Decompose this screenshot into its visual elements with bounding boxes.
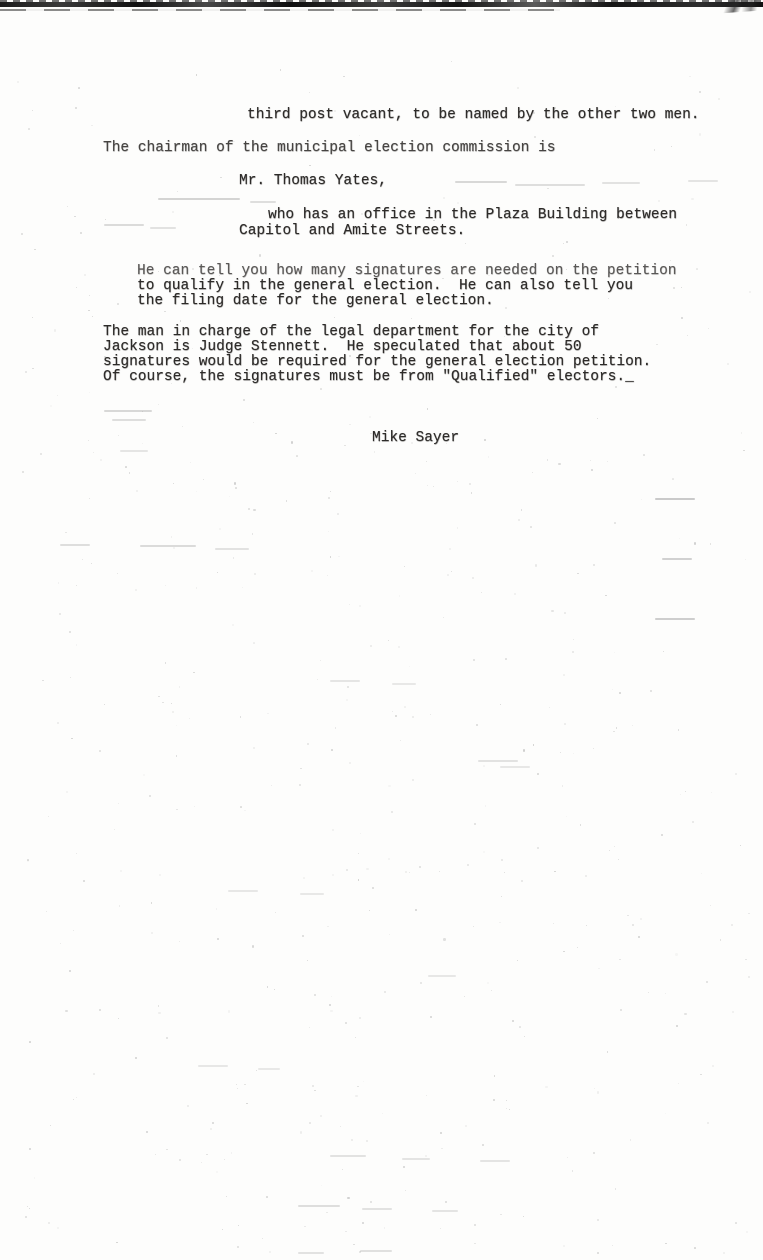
scan-speck xyxy=(551,610,553,612)
scan-speck xyxy=(370,1201,372,1203)
scan-speck xyxy=(164,311,166,313)
scan-speck xyxy=(256,1070,257,1071)
scan-speck xyxy=(193,672,195,674)
scan-speck xyxy=(681,287,682,288)
scan-speck xyxy=(159,874,161,876)
scan-speck xyxy=(201,1162,202,1163)
scan-speck xyxy=(363,1081,364,1082)
scan-speck xyxy=(222,1229,223,1230)
scan-speck xyxy=(509,1109,510,1110)
scan-speck xyxy=(580,824,582,826)
scan-speck xyxy=(165,585,166,586)
scan-speck xyxy=(615,1188,617,1190)
scan-speck xyxy=(474,823,476,825)
scan-speck xyxy=(249,372,251,374)
scan-speck xyxy=(484,439,486,441)
scan-speck xyxy=(627,915,629,917)
ghost-smudge xyxy=(330,1155,366,1157)
scan-speck xyxy=(409,666,410,667)
scan-speck xyxy=(93,452,94,453)
scan-speck xyxy=(700,1074,702,1076)
scan-speck xyxy=(457,202,459,204)
scan-speck xyxy=(359,605,361,607)
scan-speck xyxy=(346,699,348,701)
scan-speck xyxy=(597,1091,599,1093)
scan-speck xyxy=(607,1051,608,1052)
scan-speck xyxy=(179,1159,181,1161)
scan-speck xyxy=(162,702,163,703)
scan-speck xyxy=(224,1159,225,1160)
scan-speck xyxy=(618,859,620,861)
scan-speck xyxy=(362,1222,364,1224)
scan-speck xyxy=(597,418,598,419)
scan-speck xyxy=(440,1132,442,1134)
scan-speck xyxy=(267,327,268,328)
body-line-signatures-required: signatures would be required for the gen… xyxy=(103,355,651,370)
scan-speck xyxy=(632,924,634,926)
scan-speck xyxy=(598,968,600,970)
scan-speck xyxy=(563,674,565,676)
ghost-smudge xyxy=(480,1160,510,1162)
scan-speck xyxy=(358,853,359,854)
scan-speck xyxy=(196,587,198,589)
scan-speck xyxy=(310,349,312,351)
scan-speck xyxy=(472,577,474,579)
scan-speck xyxy=(593,1152,595,1154)
scan-speck xyxy=(99,1009,101,1011)
scan-speck xyxy=(562,785,563,786)
scan-speck xyxy=(34,1177,36,1179)
scan-speck xyxy=(302,935,304,937)
scan-speck xyxy=(512,1020,514,1022)
scan-speck xyxy=(59,613,61,615)
scan-speck xyxy=(216,908,218,910)
scan-speck xyxy=(275,912,277,914)
scan-speck xyxy=(118,435,119,436)
scan-speck xyxy=(735,1222,737,1224)
scan-speck xyxy=(471,492,473,494)
ghost-smudge xyxy=(258,1068,280,1070)
scan-speck xyxy=(445,1201,447,1203)
scan-speck xyxy=(342,1169,343,1170)
scan-speck xyxy=(426,461,427,462)
scan-speck xyxy=(252,533,253,534)
ghost-smudge xyxy=(428,975,456,977)
ghost-smudge xyxy=(104,410,152,412)
scan-speck xyxy=(711,792,712,793)
scan-speck xyxy=(430,714,431,715)
scan-speck xyxy=(246,1103,248,1105)
scan-speck xyxy=(594,1088,595,1089)
scan-speck xyxy=(89,392,91,394)
scan-speck xyxy=(573,639,574,640)
scan-speck xyxy=(330,491,331,492)
ghost-smudge xyxy=(478,760,518,762)
scan-speck xyxy=(619,959,621,961)
scan-speck xyxy=(476,724,478,726)
scan-speck xyxy=(76,287,77,288)
ghost-smudge xyxy=(250,201,276,203)
ghost-smudge xyxy=(298,1252,324,1254)
scan-speck xyxy=(707,1122,708,1123)
scan-speck xyxy=(474,1224,476,1226)
body-line-signatures-needed: He can tell you how many signatures are … xyxy=(137,264,677,279)
scan-speck xyxy=(267,986,268,987)
scan-speck xyxy=(572,651,574,653)
scan-speck xyxy=(331,996,332,997)
scan-speck xyxy=(69,970,71,972)
scan-speck xyxy=(27,1206,28,1207)
scan-speck xyxy=(665,1243,666,1244)
scan-speck xyxy=(238,1225,240,1227)
scan-speck xyxy=(91,563,92,564)
scan-speck xyxy=(748,913,750,915)
scan-speck xyxy=(67,206,68,207)
scan-speck xyxy=(320,1115,322,1117)
scan-speck xyxy=(129,472,131,474)
scan-speck xyxy=(76,644,78,646)
scan-speck xyxy=(88,310,89,311)
scan-speck xyxy=(485,805,487,807)
scan-speck xyxy=(179,686,181,688)
scan-speck xyxy=(267,713,269,715)
scan-speck xyxy=(349,424,351,426)
scan-speck xyxy=(696,268,698,270)
scan-speck xyxy=(104,704,105,705)
body-line-filing-date: the filing date for the general election… xyxy=(137,294,494,309)
scan-speck xyxy=(590,460,592,462)
scan-speck xyxy=(457,481,458,482)
scan-speck xyxy=(658,200,660,202)
scan-speck xyxy=(248,508,250,510)
scan-speck xyxy=(216,1171,218,1173)
scan-speck xyxy=(93,1073,95,1075)
scan-speck xyxy=(465,1125,467,1127)
scan-speck xyxy=(349,762,351,764)
scan-speck xyxy=(465,243,467,245)
scan-speck xyxy=(612,1245,613,1246)
scan-speck xyxy=(706,981,708,983)
scan-speck xyxy=(269,1251,271,1253)
scan-speck xyxy=(76,853,77,854)
scan-speck xyxy=(116,1242,118,1244)
scan-speck xyxy=(29,1041,31,1043)
scan-speck xyxy=(560,752,561,753)
scan-speck xyxy=(678,1083,679,1084)
scan-speck xyxy=(395,715,397,717)
scan-speck xyxy=(335,727,337,729)
ghost-smudge xyxy=(655,618,695,620)
scan-speck xyxy=(665,1113,666,1114)
scan-speck xyxy=(505,307,507,309)
scan-speck xyxy=(745,959,747,961)
scan-speck xyxy=(517,87,519,89)
ghost-smudge xyxy=(402,1158,430,1160)
body-line-thomas-yates: Mr. Thomas Yates, xyxy=(239,174,387,189)
scan-speck xyxy=(443,617,444,618)
scan-speck xyxy=(710,543,711,544)
scan-speck xyxy=(151,902,152,903)
ghost-smudge xyxy=(104,224,144,226)
scan-speck xyxy=(66,791,68,793)
scan-speck xyxy=(612,689,613,690)
scan-speck xyxy=(566,816,568,818)
scan-speck xyxy=(274,989,275,990)
scan-speck xyxy=(687,335,689,337)
scan-speck xyxy=(345,1022,347,1024)
scan-speck xyxy=(679,538,680,539)
scan-speck xyxy=(343,76,345,78)
scan-speck xyxy=(307,960,309,962)
scan-speck xyxy=(684,1013,686,1015)
scan-speck xyxy=(409,872,410,873)
scan-speck xyxy=(136,490,138,492)
scan-speck xyxy=(158,1005,159,1006)
scan-speck xyxy=(640,918,642,920)
scan-speck xyxy=(427,408,429,410)
scan-speck xyxy=(681,317,683,319)
scan-speck xyxy=(481,592,482,593)
scan-speck xyxy=(344,445,346,447)
scan-speck xyxy=(675,953,677,955)
scan-speck xyxy=(411,318,412,319)
scan-speck xyxy=(372,887,374,889)
scan-speck xyxy=(692,821,694,823)
scan-speck xyxy=(253,509,255,511)
scan-speck xyxy=(614,522,616,524)
scan-speck xyxy=(670,260,671,261)
scan-speck xyxy=(427,362,428,363)
scan-speck xyxy=(21,233,23,235)
scan-speck xyxy=(504,872,505,873)
scan-speck xyxy=(82,559,84,561)
scan-speck xyxy=(70,677,71,678)
scan-speck xyxy=(572,1170,573,1171)
scan-speck xyxy=(433,220,434,221)
ghost-smudge xyxy=(688,180,718,182)
scan-speck xyxy=(585,875,587,877)
scan-speck xyxy=(405,1190,406,1191)
scan-speck xyxy=(235,487,237,489)
scan-speck xyxy=(32,110,33,111)
scan-speck xyxy=(616,727,618,729)
scan-speck xyxy=(351,1139,353,1141)
scan-speck xyxy=(449,548,451,550)
scan-speck xyxy=(415,909,417,911)
body-line-judge-stennett: Jackson is Judge Stennett. He speculated… xyxy=(103,340,582,355)
scan-speck xyxy=(347,686,349,688)
scan-speck xyxy=(523,1216,524,1217)
scan-speck xyxy=(25,1216,27,1218)
scan-speck xyxy=(506,1100,507,1101)
scan-speck xyxy=(171,383,172,384)
scan-speck xyxy=(577,947,578,948)
scan-speck xyxy=(48,816,50,818)
scan-speck xyxy=(345,1231,347,1233)
scan-speck xyxy=(232,624,234,626)
scan-speck xyxy=(564,723,566,725)
scan-speck xyxy=(469,483,471,485)
scan-speck xyxy=(686,224,688,226)
scan-speck xyxy=(328,531,329,532)
scan-speck xyxy=(552,255,554,257)
scan-speck xyxy=(487,982,489,984)
scan-speck xyxy=(219,528,221,530)
scan-speck xyxy=(46,911,47,912)
scan-speck xyxy=(330,556,332,558)
scan-speck xyxy=(357,1086,359,1088)
scan-speck xyxy=(638,936,640,938)
scan-speck xyxy=(65,532,67,534)
scan-speck xyxy=(404,566,405,567)
scan-speck xyxy=(735,773,736,774)
scan-speck xyxy=(748,976,750,978)
scan-speck xyxy=(187,1105,189,1107)
ghost-smudge xyxy=(158,198,240,200)
scan-speck xyxy=(521,880,523,882)
scan-speck xyxy=(312,1085,314,1087)
scan-speck xyxy=(74,216,76,218)
scan-speck xyxy=(309,1027,310,1028)
scan-speck xyxy=(609,850,610,851)
scan-speck xyxy=(521,509,523,511)
scan-speck xyxy=(125,466,127,468)
scan-speck xyxy=(217,938,219,940)
scan-speck xyxy=(524,1036,525,1037)
scan-speck xyxy=(314,994,316,996)
scan-speck xyxy=(244,810,245,811)
scan-speck xyxy=(240,716,242,718)
scan-speck xyxy=(114,829,115,830)
scan-speck xyxy=(474,1243,476,1245)
scan-speck xyxy=(229,496,230,497)
scan-speck xyxy=(415,473,417,475)
scan-speck xyxy=(158,1012,160,1014)
scan-speck xyxy=(656,344,658,346)
scan-speck xyxy=(648,992,649,993)
scan-speck xyxy=(17,81,19,83)
scan-speck xyxy=(741,432,743,434)
scan-speck xyxy=(558,463,560,465)
scan-speck xyxy=(680,794,681,795)
scan-speck xyxy=(42,680,44,682)
ghost-smudge xyxy=(362,1208,392,1210)
body-line-qualified-electors: Of course, the signatures must be from "… xyxy=(103,370,634,385)
scan-speck xyxy=(173,483,174,484)
scan-speck xyxy=(158,271,159,272)
scan-speck xyxy=(358,879,360,881)
scan-speck xyxy=(591,469,593,471)
scan-speck xyxy=(369,910,370,911)
scan-speck xyxy=(309,165,311,167)
scan-speck xyxy=(280,69,281,70)
scan-speck xyxy=(447,574,449,576)
scan-speck xyxy=(441,1148,443,1150)
scan-speck xyxy=(28,128,30,130)
scan-speck xyxy=(243,399,245,401)
scan-speck xyxy=(605,595,607,597)
scan-speck xyxy=(57,722,59,724)
scan-speck xyxy=(158,404,159,405)
scan-speck xyxy=(89,498,90,499)
ghost-smudge xyxy=(662,558,692,560)
scan-speck xyxy=(426,1095,427,1096)
scan-speck xyxy=(710,905,712,907)
scan-speck xyxy=(206,1154,208,1156)
scan-speck xyxy=(32,368,33,369)
scan-speck xyxy=(608,298,609,299)
scan-speck xyxy=(360,833,361,834)
scan-speck xyxy=(547,188,548,189)
scan-speck xyxy=(482,1144,484,1146)
scan-speck xyxy=(420,982,422,984)
scan-speck xyxy=(545,1086,547,1088)
scan-speck xyxy=(701,873,702,874)
scan-speck xyxy=(220,177,221,178)
scan-speck xyxy=(117,573,119,575)
scan-speck xyxy=(464,996,465,997)
scan-speck xyxy=(321,1185,322,1186)
scan-speck xyxy=(338,556,340,558)
scan-speck xyxy=(149,795,151,797)
ghost-smudge xyxy=(228,890,258,892)
scan-speck xyxy=(142,443,143,444)
scan-speck xyxy=(355,1037,356,1038)
scanner-corner-smear xyxy=(709,0,763,14)
scan-speck xyxy=(262,1238,263,1239)
scan-speck xyxy=(259,304,261,306)
ghost-smudge xyxy=(432,1210,458,1212)
scan-speck xyxy=(151,932,153,934)
scan-speck xyxy=(158,696,160,698)
scan-speck xyxy=(370,645,372,647)
scan-speck xyxy=(672,478,674,480)
scan-speck xyxy=(57,1227,59,1229)
scan-speck xyxy=(443,938,445,940)
scan-speck xyxy=(607,461,609,463)
scan-speck xyxy=(76,585,77,586)
scan-speck xyxy=(533,744,535,746)
scan-speck xyxy=(337,513,339,515)
scan-speck xyxy=(237,1088,238,1089)
scan-speck xyxy=(403,1166,405,1168)
scan-speck xyxy=(253,422,254,423)
scan-speck xyxy=(173,547,175,549)
scan-speck xyxy=(296,455,298,457)
scan-speck xyxy=(366,1140,368,1142)
scan-speck xyxy=(427,485,428,486)
scan-speck xyxy=(99,750,101,752)
ghost-smudge xyxy=(60,544,90,546)
scan-speck xyxy=(384,991,386,993)
scan-speck xyxy=(327,926,329,928)
scan-speck xyxy=(743,450,745,452)
ghost-smudge xyxy=(215,548,249,550)
scan-speck xyxy=(518,519,520,521)
scan-speck xyxy=(384,1227,386,1229)
scan-speck xyxy=(632,725,634,727)
scan-speck xyxy=(451,61,453,63)
scan-speck xyxy=(398,646,400,648)
scan-speck xyxy=(699,91,701,93)
scan-speck xyxy=(300,768,302,770)
scan-speck xyxy=(731,924,733,926)
scan-speck xyxy=(309,1122,311,1124)
scan-speck xyxy=(549,707,550,708)
scan-speck xyxy=(473,926,474,927)
scan-speck xyxy=(54,329,56,331)
scan-speck xyxy=(567,1157,568,1158)
